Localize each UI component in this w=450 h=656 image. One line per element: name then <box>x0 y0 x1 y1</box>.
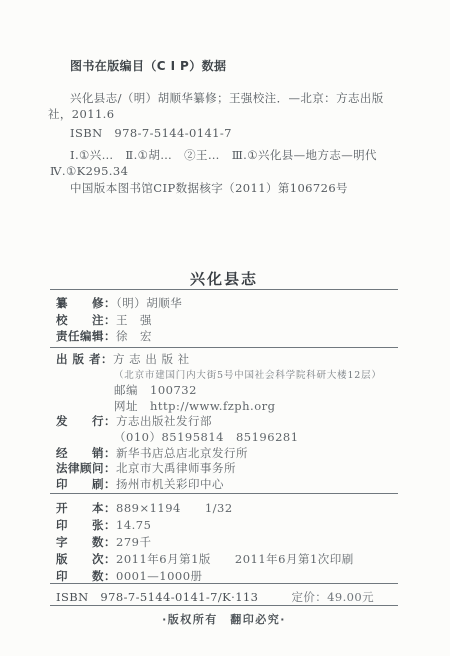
distribution-row: 发 行：方志出版社发行部 <box>56 414 400 430</box>
divider <box>50 493 398 494</box>
publisher-website: 网址 http://www.fzph.org <box>56 399 400 415</box>
cip-entry-line1: 兴化县志/（明）胡顺华纂修；王强校注．—北京：方志出版 <box>48 90 400 106</box>
distribution-label: 发 行： <box>56 414 116 428</box>
cip-heading: 图书在版编目（C I P）数据 <box>48 58 400 74</box>
legal-counsel-row: 法律顾问：北京市大禹律师事务所 <box>56 461 400 477</box>
legal-counsel-label: 法律顾问： <box>56 461 116 475</box>
cip-classification-line2: Ⅳ.①K295.34 <box>48 163 400 179</box>
sheets-value: 14.75 <box>116 518 151 532</box>
credits-value: 徐 宏 <box>116 329 152 343</box>
credits-block: 纂 修：（明）胡顺华 校 注：王 强 责任编辑：徐 宏 <box>48 295 400 345</box>
format-label: 开 本： <box>56 501 116 515</box>
distribution-value: 方志出版社发行部 <box>116 414 212 428</box>
legal-counsel-value: 北京市大禹律师事务所 <box>116 461 236 475</box>
cip-record-number: 中国版本图书馆CIP数据核字（2011）第106726号 <box>48 180 400 196</box>
cip-isbn: ISBN 978-7-5144-0141-7 <box>48 125 400 141</box>
isbn-price-row: ISBN 978-7-5144-0141-7/K·113 定价：49.00元 <box>48 589 400 605</box>
printrun-label: 印 数： <box>56 569 116 583</box>
format-value: 889×1194 1/32 <box>116 501 233 515</box>
publisher-label: 出 版 者： <box>56 352 113 366</box>
printer-value: 扬州市机关彩印中心 <box>116 477 224 491</box>
retail-row: 经 销：新华书店总店北京发行所 <box>56 446 400 462</box>
publisher-row: 出 版 者：方 志 出 版 社 <box>56 352 400 368</box>
edition-label: 版 次： <box>56 552 116 566</box>
retail-value: 新华书店总店北京发行所 <box>116 446 248 460</box>
publisher-value: 方 志 出 版 社 <box>113 352 190 366</box>
wordcount-row: 字 数：279千 <box>56 534 400 551</box>
retail-label: 经 销： <box>56 446 116 460</box>
credits-value: （明）胡顺华 <box>116 296 182 310</box>
credits-row-editor: 责任编辑：徐 宏 <box>56 328 400 345</box>
cip-classification-line1: Ⅰ.①兴… Ⅱ.①胡… ②王… Ⅲ.①兴化县—地方志—明代 <box>48 147 400 163</box>
price: 定价：49.00元 <box>291 589 374 605</box>
publisher-address: （北京市建国门内大街5号中国社会科学院科研大楼12层） <box>56 368 400 384</box>
credits-value: 王 强 <box>116 313 152 327</box>
wordcount-value: 279千 <box>116 535 151 549</box>
isbn-number: ISBN 978-7-5144-0141-7/K·113 <box>56 589 258 605</box>
publisher-block: 出 版 者：方 志 出 版 社 （北京市建国门内大街5号中国社会科学院科研大楼1… <box>48 352 400 492</box>
sheets-label: 印 张： <box>56 518 116 532</box>
copyright-notice: ·版权所有 翻印必究· <box>48 611 400 627</box>
page-title: 兴化县志 <box>48 268 400 289</box>
printrun-value: 0001—1000册 <box>116 569 203 583</box>
cip-block: 图书在版编目（C I P）数据 兴化县志/（明）胡顺华纂修；王强校注．—北京：方… <box>48 58 400 196</box>
print-specs-block: 开 本：889×1194 1/32 印 张：14.75 字 数：279千 版 次… <box>48 500 400 585</box>
printer-row: 印 刷：扬州市机关彩印中心 <box>56 477 400 493</box>
divider <box>50 289 398 290</box>
credits-label: 校 注： <box>56 313 116 327</box>
credits-row-compiler: 纂 修：（明）胡顺华 <box>56 295 400 312</box>
printer-label: 印 刷： <box>56 477 116 491</box>
credits-row-annotator: 校 注：王 强 <box>56 312 400 329</box>
edition-value: 2011年6月第1版 2011年6月第1次印刷 <box>116 552 354 566</box>
format-row: 开 本：889×1194 1/32 <box>56 500 400 517</box>
publisher-postcode: 邮编 100732 <box>56 383 400 399</box>
sheets-row: 印 张：14.75 <box>56 517 400 534</box>
divider <box>50 605 398 606</box>
divider <box>50 347 398 348</box>
distribution-phone: （010）85195814 85196281 <box>56 430 400 446</box>
wordcount-label: 字 数： <box>56 535 116 549</box>
book-copyright-page: 图书在版编目（C I P）数据 兴化县志/（明）胡顺华纂修；王强校注．—北京：方… <box>0 0 450 656</box>
edition-row: 版 次：2011年6月第1版 2011年6月第1次印刷 <box>56 551 400 568</box>
credits-label: 责任编辑： <box>56 329 116 343</box>
credits-label: 纂 修： <box>56 296 116 310</box>
divider <box>50 583 398 584</box>
cip-entry-line2: 社，2011.6 <box>48 106 400 122</box>
